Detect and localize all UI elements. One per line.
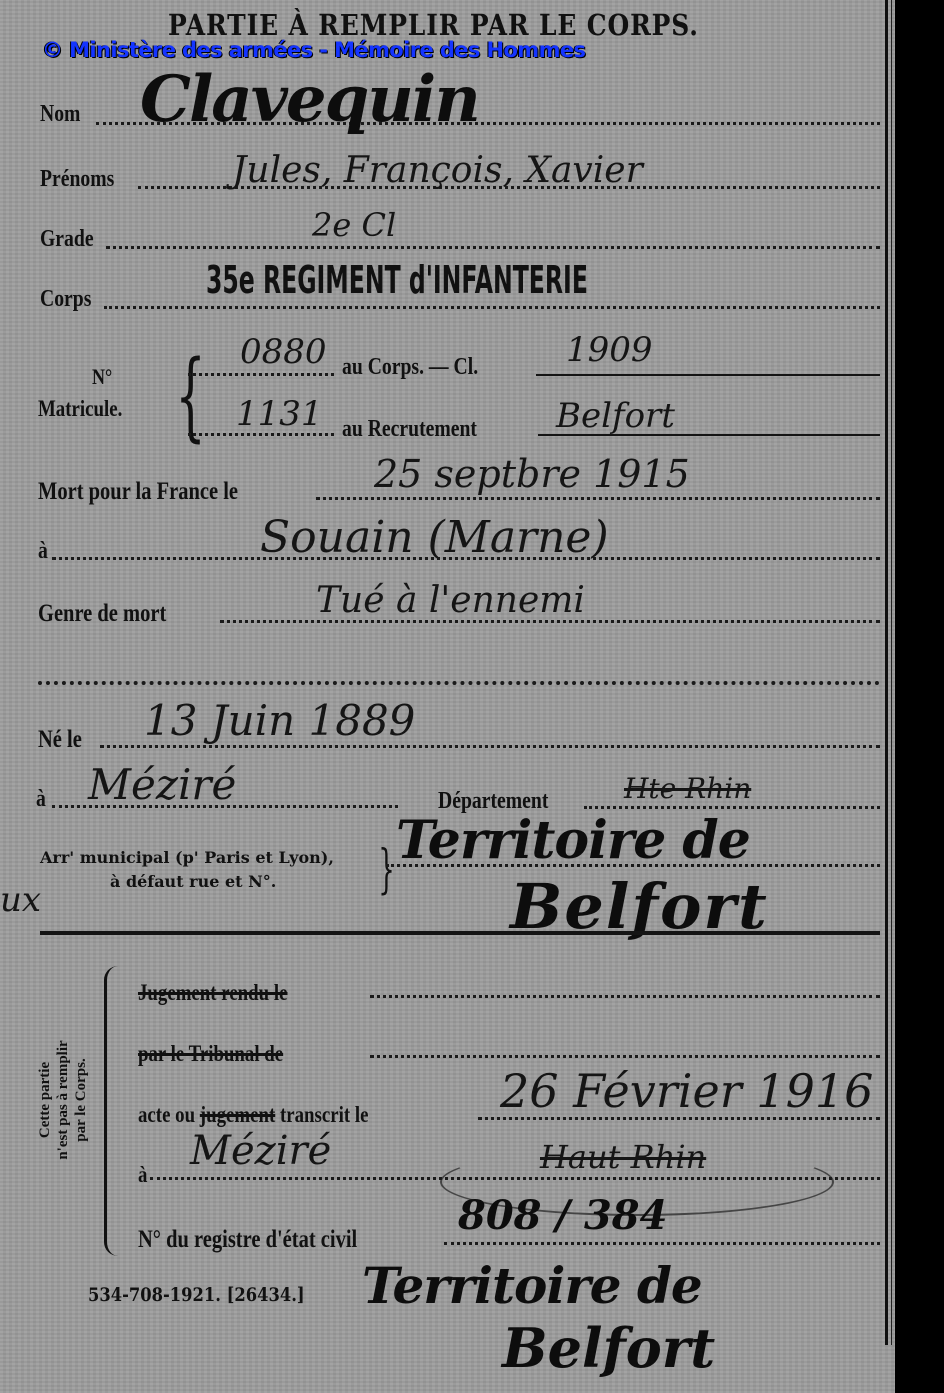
mort-le-value: 25 septbre 1915 bbox=[374, 452, 690, 496]
arr-municipal-label: Arr' municipal (p' Paris et Lyon), bbox=[40, 848, 334, 867]
ne-le-value: 13 Juin 1889 bbox=[144, 696, 415, 745]
nom-value: Clavequin bbox=[140, 62, 479, 137]
card-border-right bbox=[885, 0, 888, 1345]
side-note-line2: n'est pas à remplir bbox=[54, 1000, 72, 1200]
matricule-brace: { bbox=[175, 346, 206, 446]
margin-note: ux bbox=[0, 880, 41, 920]
corps-value: 35e REGIMENT d'INFANTERIE bbox=[206, 258, 588, 302]
mort-le-label: Mort pour la France le bbox=[38, 478, 238, 506]
footer-note-line1: Territoire de bbox=[362, 1256, 702, 1315]
corps-label: Corps bbox=[40, 286, 91, 313]
grade-value: 2e Cl bbox=[312, 206, 396, 244]
lieu-label: à bbox=[138, 1162, 147, 1188]
transcription-brace bbox=[104, 966, 121, 1256]
ne-a-label: à bbox=[36, 786, 46, 813]
side-note: Cette partie n'est pas à remplir par le … bbox=[36, 1000, 90, 1200]
prenoms-value: Jules, François, Xavier bbox=[232, 150, 643, 191]
card-title: PARTIE À REMPLIR PAR LE CORPS. bbox=[168, 8, 699, 42]
blank-line bbox=[38, 681, 880, 685]
footer-note-line2: Belfort bbox=[502, 1316, 715, 1380]
acte-label: acte ou jugement transcrit le bbox=[138, 1102, 368, 1128]
departement-value-line1: Territoire de bbox=[396, 810, 750, 871]
grade-line bbox=[106, 246, 880, 249]
matricule-recrutement-label: au Recrutement bbox=[342, 416, 477, 443]
grade-label: Grade bbox=[40, 226, 94, 253]
nom-label: Nom bbox=[40, 101, 80, 128]
registre-label: N° du registre d'état civil bbox=[138, 1226, 357, 1254]
print-code: 534-708-1921. [26434.] bbox=[88, 1284, 305, 1306]
lieu-value: Méziré bbox=[190, 1128, 331, 1174]
tribunal-line bbox=[370, 1055, 880, 1058]
classe-line bbox=[536, 374, 880, 376]
side-note-line3: par le Corps. bbox=[72, 1000, 90, 1200]
genre-mort-label: Genre de mort bbox=[38, 600, 166, 628]
corps-line bbox=[104, 306, 880, 309]
matricule-corps-line bbox=[188, 373, 334, 376]
acte-value: 26 Février 1916 bbox=[500, 1064, 873, 1118]
classe-value: 1909 bbox=[566, 330, 653, 370]
matricule-label-no: N° bbox=[92, 364, 112, 390]
jugement-label: Jugement rendu le bbox=[138, 980, 287, 1006]
acte-label-b: transcrit le bbox=[280, 1102, 369, 1127]
genre-mort-value: Tué à l'ennemi bbox=[316, 580, 585, 621]
registre-value: 808 / 384 bbox=[458, 1192, 667, 1239]
copyright-watermark: © Ministère des armées - Mémoire des Hom… bbox=[42, 38, 585, 62]
ne-a-value: Méziré bbox=[88, 760, 236, 809]
death-record-card: PARTIE À REMPLIR PAR LE CORPS. © Ministè… bbox=[0, 0, 895, 1393]
section-divider bbox=[40, 931, 880, 935]
departement-line bbox=[584, 806, 880, 809]
ne-le-label: Né le bbox=[38, 726, 82, 754]
matricule-recrutement-value: 1131 bbox=[236, 394, 323, 434]
acte-label-struck: jugement bbox=[200, 1102, 275, 1127]
departement-struck-value: Hte Rhin bbox=[624, 772, 751, 805]
mort-a-value: Souain (Marne) bbox=[260, 512, 609, 563]
acte-label-a: acte ou bbox=[138, 1102, 195, 1127]
registre-line bbox=[444, 1242, 880, 1245]
recrutement-place-value: Belfort bbox=[556, 396, 675, 436]
card-border-right-inner bbox=[891, 0, 892, 1345]
tribunal-label: par le Tribunal de bbox=[138, 1041, 283, 1067]
jugement-line bbox=[370, 995, 880, 998]
matricule-corps-value: 0880 bbox=[240, 332, 327, 372]
mort-a-label: à bbox=[38, 538, 48, 565]
mort-le-line bbox=[316, 497, 880, 500]
matricule-corps-label: au Corps. — Cl. bbox=[342, 354, 478, 381]
ne-le-line bbox=[100, 745, 880, 748]
arr-municipal-sublabel: à défaut rue et N°. bbox=[110, 872, 276, 891]
matricule-label: Matricule. bbox=[38, 396, 122, 422]
side-note-line1: Cette partie bbox=[36, 1000, 54, 1200]
arr-municipal-brace: } bbox=[378, 842, 395, 898]
prenoms-label: Prénoms bbox=[40, 166, 114, 193]
